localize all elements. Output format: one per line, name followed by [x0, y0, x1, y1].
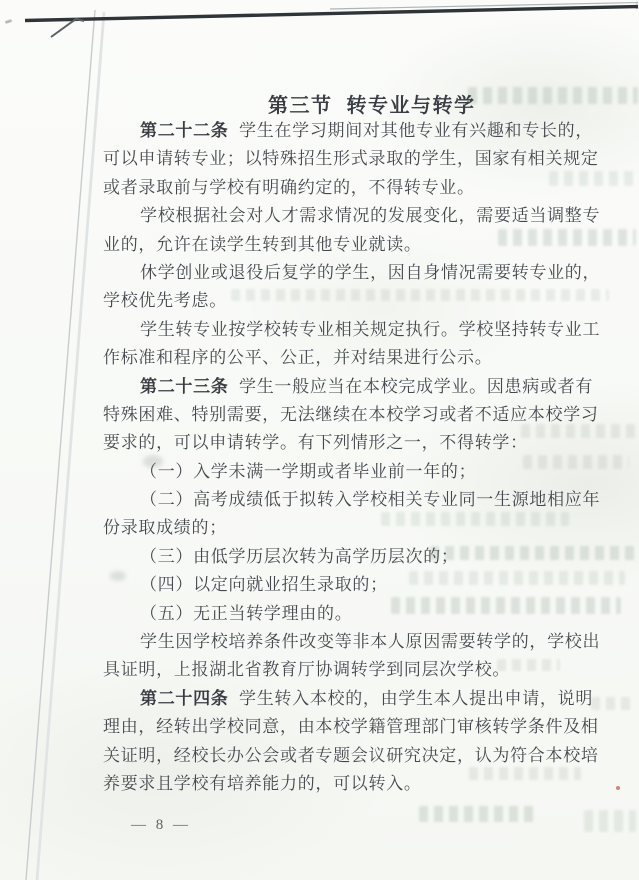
text-line: 休学创业或退役后复学的学生，因自身情况需要转专业的，: [103, 259, 595, 287]
text-line: 第二十四条学生转入本校的，由学生本人提出申请，说明: [103, 685, 595, 713]
article-number: 第二十二条: [140, 121, 229, 140]
text-line: （二）高考成绩低于拟转入学校相关专业同一生源地相应年: [103, 486, 595, 514]
text-segment: 学生一般应当在本校完成学业。因患病或者有: [239, 377, 593, 396]
speck-mark: [616, 786, 620, 790]
text-line: （四）以定向就业招生录取的；: [103, 571, 595, 599]
text-segment: （四）以定向就业招生录取的；: [140, 575, 388, 594]
article-number: 第二十三条: [140, 377, 229, 396]
text-segment: （一）入学未满一学期或者毕业前一年的；: [140, 462, 476, 481]
text-line: 第二十三条学生一般应当在本校完成学业。因患病或者有: [103, 373, 595, 401]
bleedthrough-mark: [419, 806, 537, 822]
text-segment: 关证明，经校长办公会或者专题会议研究决定，认为符合本校培: [103, 746, 599, 765]
text-segment: 养要求且学校有培养能力的，可以转入。: [103, 774, 422, 793]
text-line: 特殊困难、特别需要，无法继续在本校学习或者不适应本校学习: [103, 401, 595, 429]
text-segment: 业的，允许在读学生转到其他专业就读。: [103, 235, 422, 254]
text-line: （一）入学未满一学期或者毕业前一年的；: [103, 458, 595, 486]
text-segment: 学生在学习期间对其他专业有兴趣和专长的，: [239, 121, 593, 140]
text-segment: 学生转专业按学校转专业相关规定执行。学校坚持转专业工: [140, 320, 600, 339]
text-line: 学校优先考虑。: [103, 287, 595, 315]
text-line: 作标准和程序的公平、公正，并对结果进行公示。: [103, 344, 595, 372]
text-line: 要求的，可以申请转学。有下列情形之一，不得转学：: [103, 429, 595, 457]
text-line: 可以申请转专业；以特殊招生形式录取的学生，国家有相关规定: [103, 145, 595, 173]
text-line: 具证明，上报湖北省教育厅协调转学到同层次学校。: [103, 656, 595, 684]
text-segment: 具证明，上报湖北省教育厅协调转学到同层次学校。: [103, 660, 510, 679]
page-number: — 8 —: [131, 817, 191, 834]
text-segment: 理由，经转出学校同意，由本校学籍管理部门审核转学条件及相: [103, 717, 599, 736]
text-segment: （五）无正当转学理由的。: [140, 604, 352, 623]
text-segment: 要求的，可以申请转学。有下列情形之一，不得转学：: [103, 433, 528, 452]
text-line: 理由，经转出学校同意，由本校学籍管理部门审核转学条件及相: [103, 713, 595, 741]
bleedthrough-mark: [468, 87, 638, 104]
text-segment: 学校根据社会对人才需求情况的发展变化，需要适当调整专: [140, 206, 600, 225]
text-segment: （三）由低学历层次转为高学历层次的；: [140, 547, 459, 566]
text-line: 学校根据社会对人才需求情况的发展变化，需要适当调整专: [103, 202, 595, 230]
section-heading: 第三节转专业与转学: [268, 89, 476, 118]
text-line: 关证明，经校长办公会或者专题会议研究决定，认为符合本校培: [103, 742, 595, 770]
text-segment: 学生因学校培养条件改变等非本人原因需要转学的，学校出: [140, 632, 600, 651]
article-number: 第二十四条: [140, 689, 229, 708]
text-line: 养要求且学校有培养能力的，可以转入。: [103, 770, 595, 798]
text-line: 第二十二条学生在学习期间对其他专业有兴趣和专长的，: [103, 117, 595, 145]
text-segment: 特殊困难、特别需要，无法继续在本校学习或者不适应本校学习: [103, 405, 599, 424]
body-text: 第二十二条学生在学习期间对其他专业有兴趣和专长的，可以申请转专业；以特殊招生形式…: [103, 117, 595, 798]
text-line: 或者录取前与学校有明确约定的，不得转专业。: [103, 174, 595, 202]
text-segment: （二）高考成绩低于拟转入学校相关专业同一生源地相应年: [140, 490, 600, 509]
text-segment: 份录取成绩的；: [103, 518, 227, 537]
text-segment: 可以申请转专业；以特殊招生形式录取的学生，国家有相关规定: [103, 149, 599, 168]
text-line: 学生转专业按学校转专业相关规定执行。学校坚持转专业工: [103, 316, 595, 344]
speck-mark: [5, 19, 13, 24]
text-line: 业的，允许在读学生转到其他专业就读。: [103, 231, 595, 259]
text-segment: 休学创业或退役后复学的学生，因自身情况需要转专业的，: [140, 263, 600, 282]
text-line: 学生因学校培养条件改变等非本人原因需要转学的，学校出: [103, 628, 595, 656]
text-segment: 学生转入本校的，由学生本人提出申请，说明: [239, 689, 593, 708]
bleedthrough-mark: [584, 810, 636, 832]
bleedthrough-mark: [591, 697, 636, 710]
scanned-page: 第三节转专业与转学 第二十二条学生在学习期间对其他专业有兴趣和专长的，可以申请转…: [0, 0, 639, 880]
text-line: （五）无正当转学理由的。: [103, 600, 595, 628]
section-number: 第三节: [268, 95, 333, 117]
text-segment: 作标准和程序的公平、公正，并对结果进行公示。: [103, 348, 492, 367]
text-segment: 学校优先考虑。: [103, 291, 227, 310]
text-line: 份录取成绩的；: [103, 514, 595, 542]
section-title-text: 转专业与转学: [347, 95, 476, 117]
text-line: （三）由低学历层次转为高学历层次的；: [103, 543, 595, 571]
text-segment: 或者录取前与学校有明确约定的，不得转专业。: [103, 178, 475, 197]
